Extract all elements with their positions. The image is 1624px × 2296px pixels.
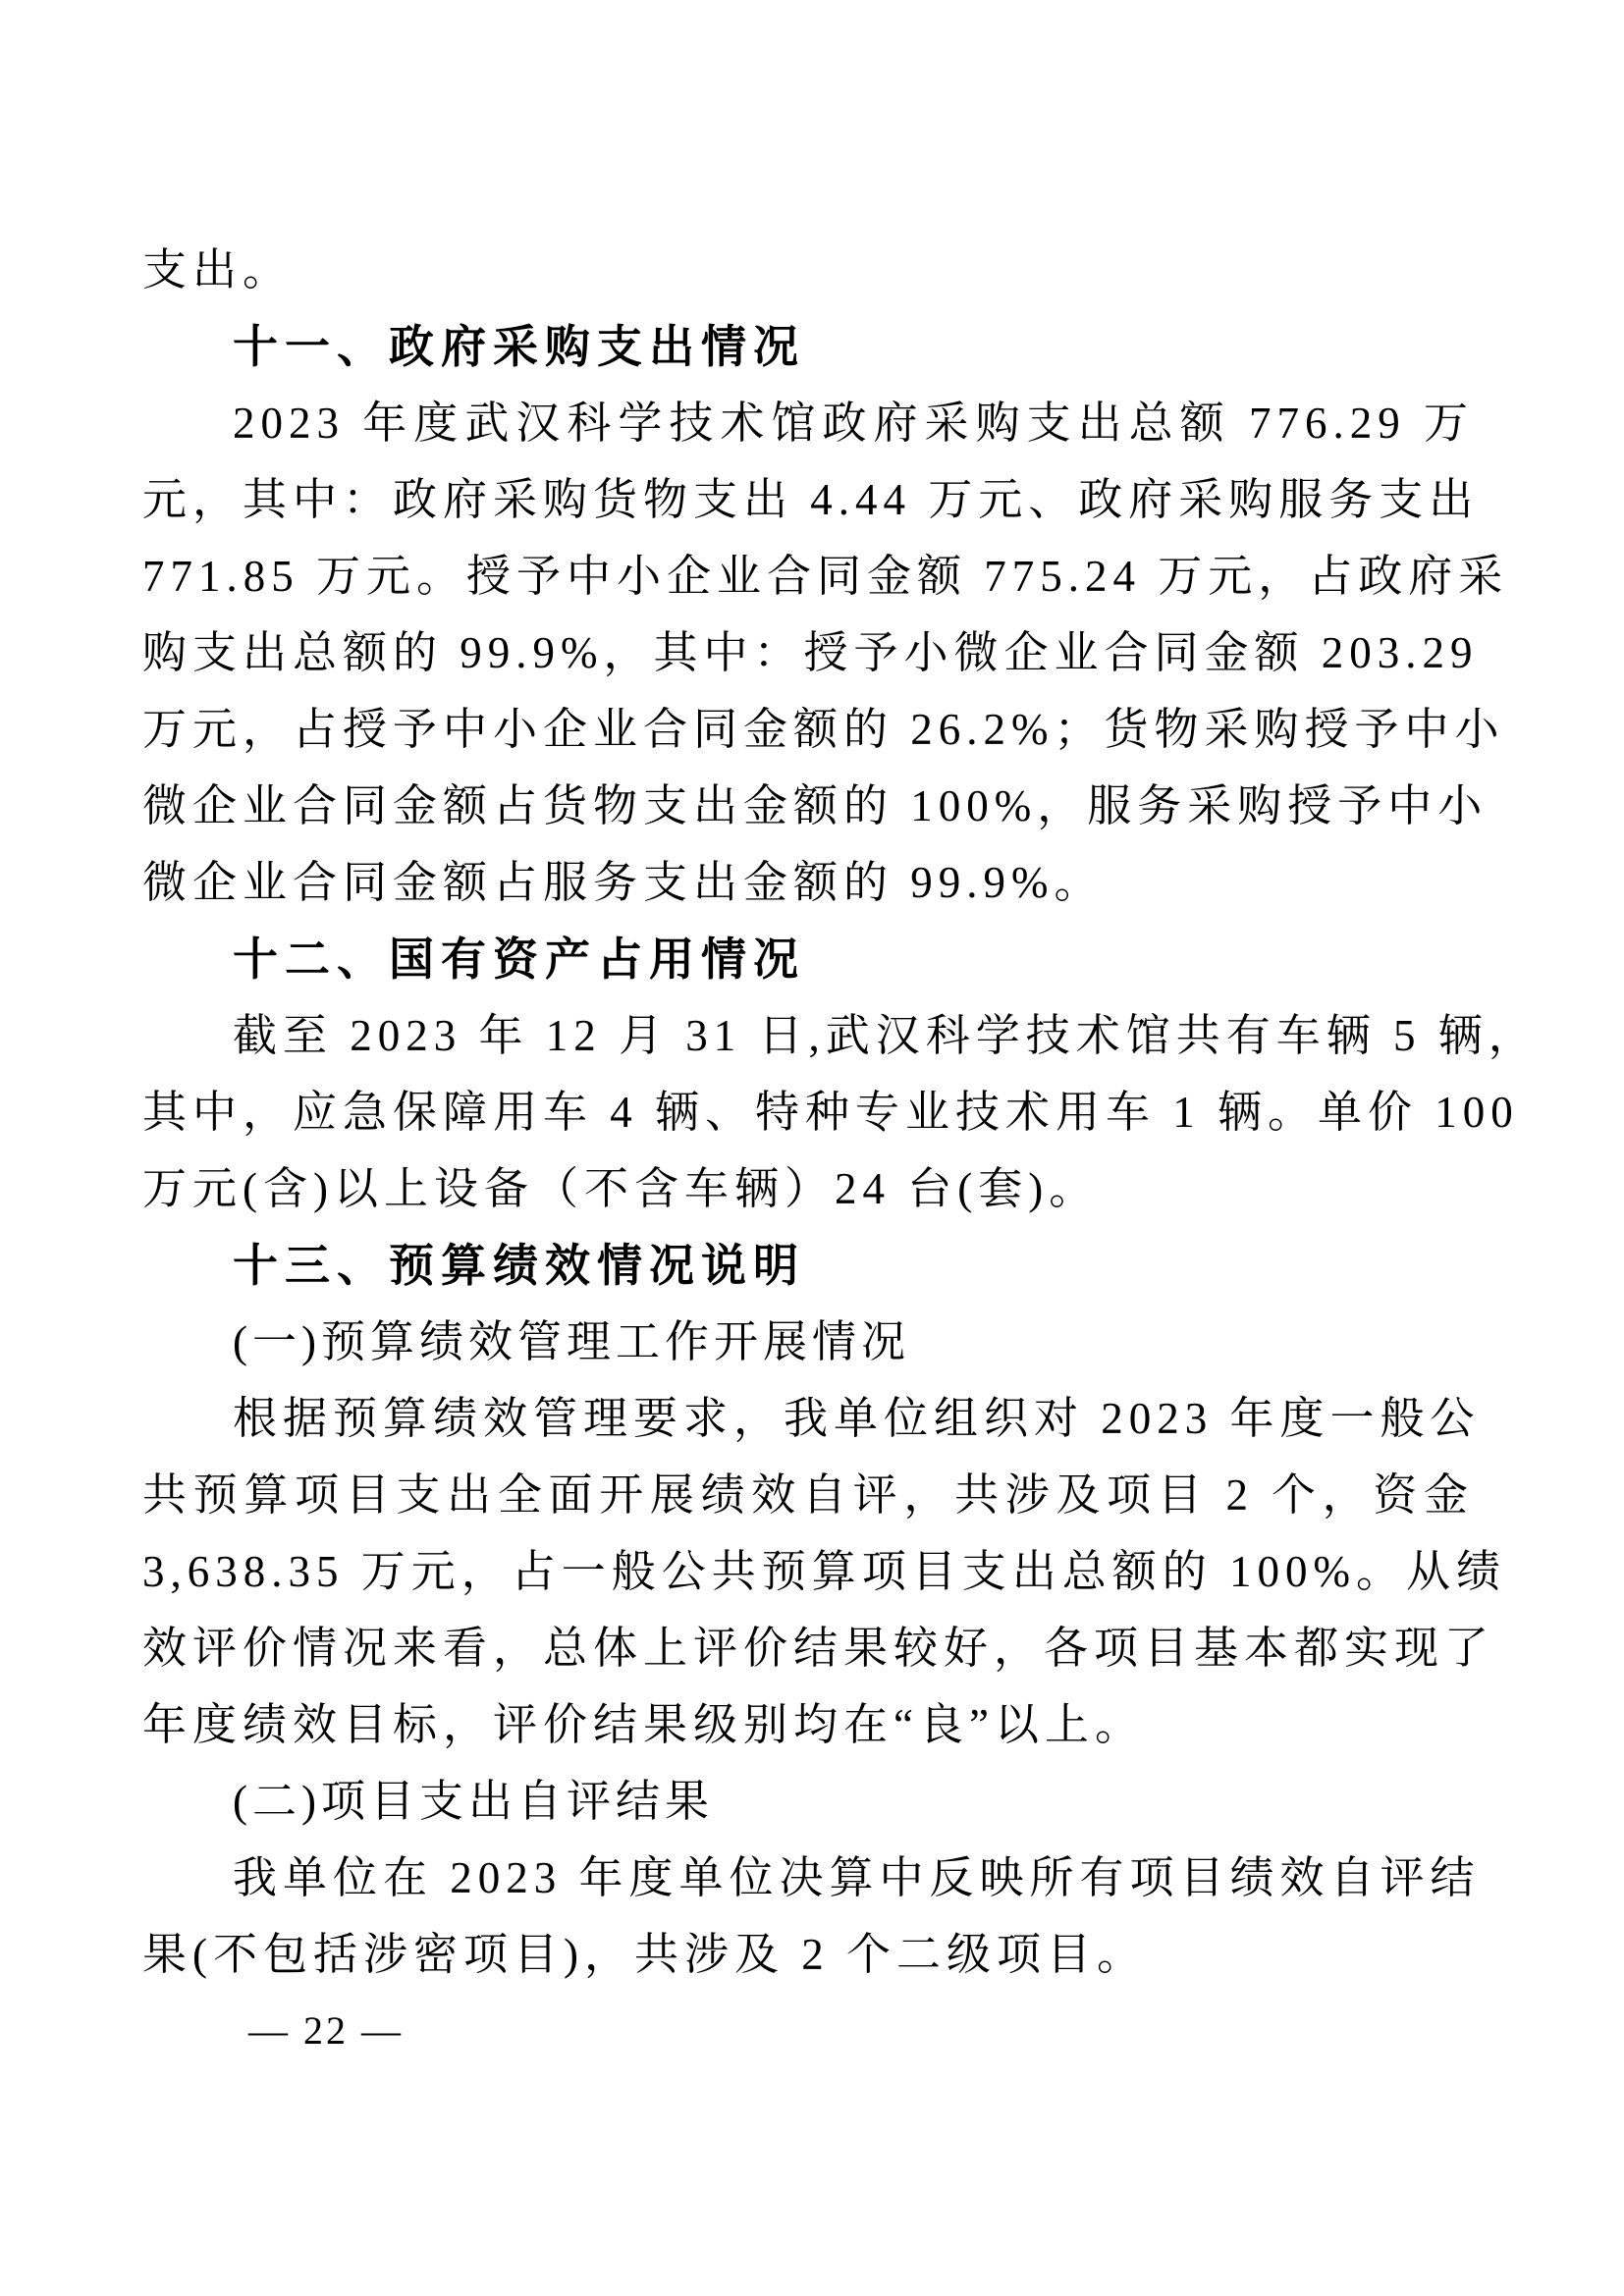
page-number: — 22 — [142, 1993, 1474, 2069]
subsection-13-1-paragraph-line: 共预算项目支出全面开展绩效自评，共涉及项目 2 个，资金 [142, 1457, 1474, 1533]
section-heading-11: 十一、政府采购支出情况 [142, 308, 1474, 385]
section-11-paragraph-line: 771.85 万元。授予中小企业合同金额 775.24 万元，占政府采 [142, 538, 1474, 614]
section-12-paragraph-line: 其中，应急保障用车 4 辆、特种专业技术用车 1 辆。单价 100 [142, 1074, 1474, 1150]
subsection-13-1-paragraph-line: 效评价情况来看，总体上评价结果较好，各项目基本都实现了 [142, 1610, 1474, 1686]
section-heading-13: 十三、预算绩效情况说明 [142, 1227, 1474, 1304]
document-page: 支出。 十一、政府采购支出情况 2023 年度武汉科学技术馆政府采购支出总额 7… [0, 0, 1624, 2296]
subsection-13-2-paragraph-line: 我单位在 2023 年度单位决算中反映所有项目绩效自评结 [142, 1840, 1474, 1916]
subsection-13-1-paragraph-line: 年度绩效目标，评价结果级别均在“良”以上。 [142, 1686, 1474, 1763]
section-11-paragraph-line: 微企业合同金额占服务支出金额的 99.9%。 [142, 844, 1474, 921]
section-12-paragraph-line: 万元(含)以上设备（不含车辆）24 台(套)。 [142, 1150, 1474, 1227]
subsection-13-1-paragraph-line: 根据预算绩效管理要求，我单位组织对 2023 年度一般公 [142, 1380, 1474, 1457]
section-11-paragraph-line: 微企业合同金额占货物支出金额的 100%，服务采购授予中小 [142, 768, 1474, 844]
section-12-paragraph-line: 截至 2023 年 12 月 31 日,武汉科学技术馆共有车辆 5 辆， [142, 997, 1474, 1074]
document-content: 支出。 十一、政府采购支出情况 2023 年度武汉科学技术馆政府采购支出总额 7… [142, 232, 1474, 2069]
subsection-heading-13-1: (一)预算绩效管理工作开展情况 [142, 1304, 1474, 1380]
section-11-paragraph-line: 万元，占授予中小企业合同金额的 26.2%；货物采购授予中小 [142, 691, 1474, 768]
subsection-13-1-paragraph-line: 3,638.35 万元，占一般公共预算项目支出总额的 100%。从绩 [142, 1533, 1474, 1610]
subsection-13-2-paragraph-line: 果(不包括涉密项目)，共涉及 2 个二级项目。 [142, 1916, 1474, 1993]
section-11-paragraph-line: 购支出总额的 99.9%，其中：授予小微企业合同金额 203.29 [142, 614, 1474, 691]
section-heading-12: 十二、国有资产占用情况 [142, 921, 1474, 997]
section-11-paragraph-line: 元，其中：政府采购货物支出 4.44 万元、政府采购服务支出 [142, 461, 1474, 538]
subsection-heading-13-2: (二)项目支出自评结果 [142, 1763, 1474, 1840]
paragraph-continuation-line: 支出。 [142, 232, 1474, 308]
section-11-paragraph-line: 2023 年度武汉科学技术馆政府采购支出总额 776.29 万 [142, 385, 1474, 461]
